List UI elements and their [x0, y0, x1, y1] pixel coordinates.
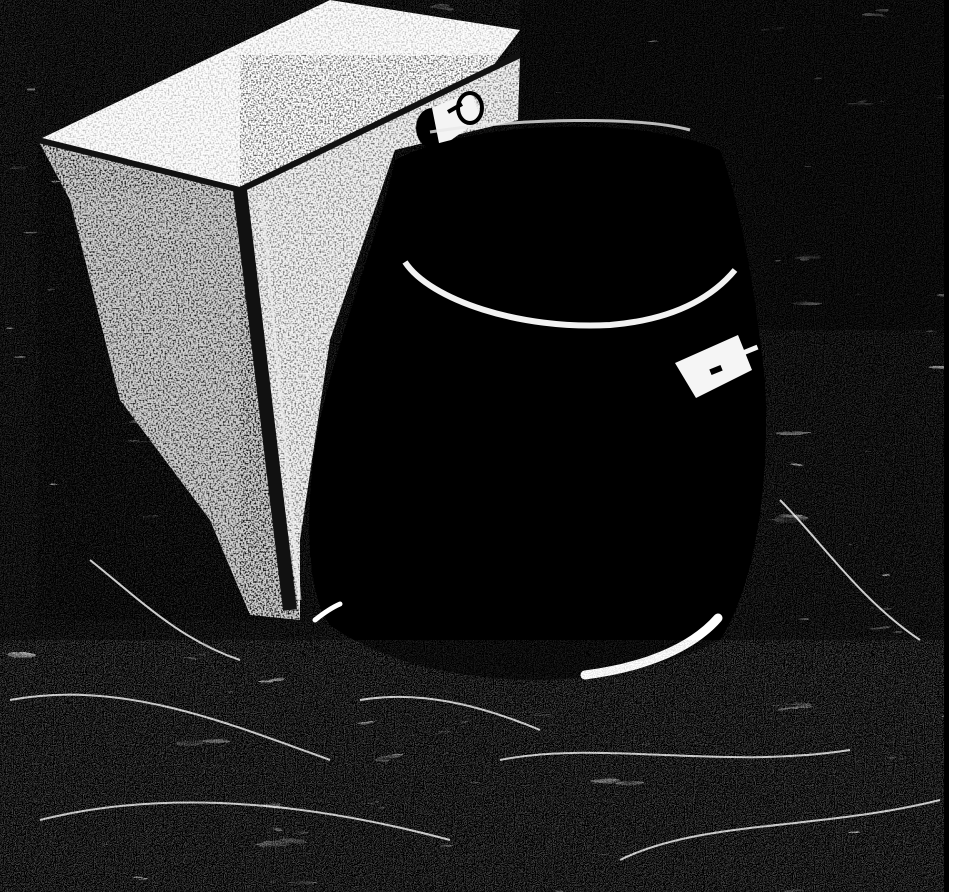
page-edge [948, 0, 961, 892]
photograph: High-contrast black-and-white photograph… [0, 0, 961, 892]
